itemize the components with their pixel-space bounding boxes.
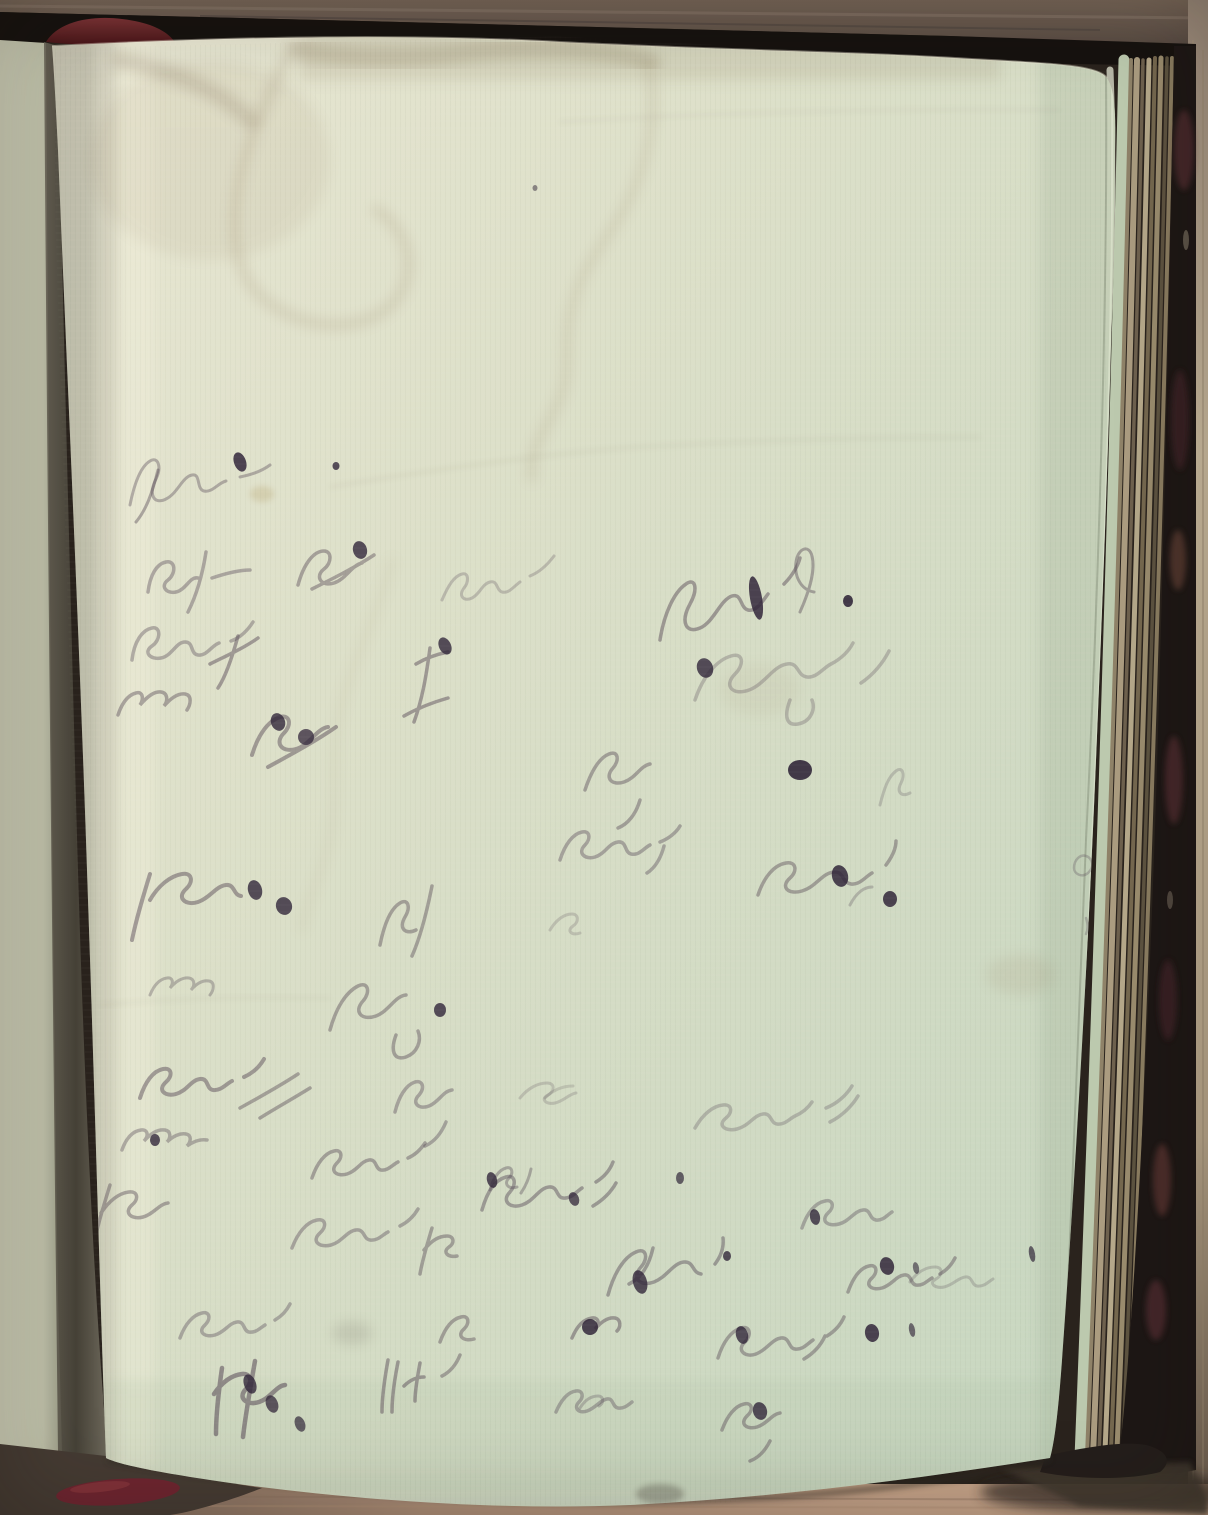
photo-of-open-notebook (0, 0, 1208, 1515)
notebook-scene (0, 0, 1208, 1515)
